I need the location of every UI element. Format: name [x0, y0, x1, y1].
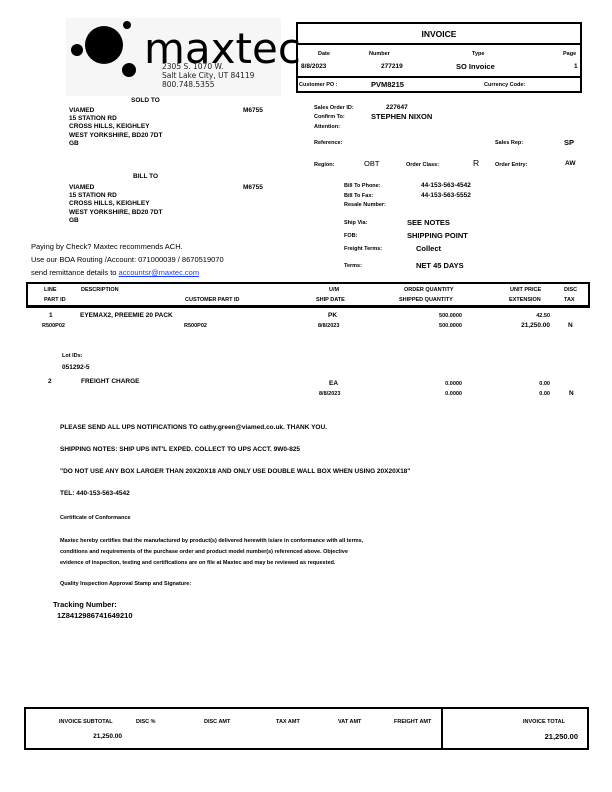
logo-dot-large	[85, 26, 123, 64]
logo-dot-left	[71, 44, 83, 56]
bill-to-phone-label: Bill To Phone:	[344, 183, 381, 189]
ship-via-label: Ship Via:	[344, 220, 367, 226]
payment-note-line3: send remittance details to accountsr@max…	[31, 268, 199, 277]
invoice-total-value: 21,250.00	[520, 732, 578, 741]
divider	[296, 76, 582, 78]
shipping-note: SHIPPING NOTES: SHIP UPS INT'L EXPED. CO…	[60, 446, 300, 453]
invoice-total-label: INVOICE TOTAL	[523, 719, 565, 725]
fob: SHIPPING POINT	[407, 231, 468, 240]
sold-to-customer-id: M6755	[243, 107, 263, 114]
terms-label: Terms:	[344, 263, 362, 269]
ups-note: PLEASE SEND ALL UPS NOTIFICATIONS TO cat…	[60, 424, 327, 431]
order-entry: AW	[565, 160, 575, 167]
totals-divider	[441, 707, 443, 750]
coc-body: Maxtec hereby certifies that the manufac…	[60, 536, 363, 569]
table-header-divider	[26, 305, 590, 308]
col-tax: TAX	[564, 297, 575, 303]
sold-to-address: VIAMED 15 STATION RD CROSS HILLS, KEIGHL…	[69, 107, 162, 148]
resale-number-label: Resale Number:	[344, 202, 386, 208]
sales-order-label: Sales Order ID:	[314, 105, 354, 111]
customer-po: PVM8215	[371, 80, 404, 89]
region-label: Region:	[314, 162, 334, 168]
confirm-to-label: Confirm To:	[314, 114, 345, 120]
col-disc: DISC	[564, 287, 577, 293]
terms: NET 45 DAYS	[416, 261, 464, 270]
currency-code-label: Currency Code:	[484, 82, 525, 88]
subtotal-label: INVOICE SUBTOTAL	[59, 719, 113, 725]
attention-label: Attention:	[314, 124, 340, 130]
invoice-title: INVOICE	[296, 29, 582, 39]
coc-title: Certificate of Conformance	[60, 515, 131, 521]
table-header-box	[26, 282, 590, 306]
tel-note: TEL: 440-153-563-4542	[60, 490, 130, 497]
bill-to-phone: 44-153-563-4542	[421, 182, 471, 189]
freight-terms-label: Freight Terms:	[344, 246, 382, 252]
order-class: R	[473, 158, 479, 168]
bill-to-address: VIAMED 15 STATION RD CROSS HILLS, KEIGHL…	[69, 184, 162, 225]
freight-terms: Collect	[416, 244, 441, 253]
sales-rep-label: Sales Rep:	[495, 140, 523, 146]
col-order-qty: ORDER QUANTITY	[404, 287, 454, 293]
col-extension: EXTENSION	[509, 297, 541, 303]
logo-dot-top	[123, 21, 131, 29]
col-part-id: PART ID	[44, 297, 66, 303]
bill-to-heading: BILL TO	[133, 173, 158, 180]
date-label: Date	[318, 51, 330, 57]
divider	[296, 43, 582, 45]
col-ship-date: SHIP DATE	[316, 297, 345, 303]
lot-label: Lot IDs:	[62, 353, 82, 359]
page-label: Page	[563, 51, 576, 57]
invoice-date: 8/8/2023	[301, 63, 326, 70]
tracking-number: 1Z8412986741649210	[57, 611, 133, 620]
ship-via: SEE NOTES	[407, 218, 450, 227]
disc-amt-label: DISC AMT	[204, 719, 230, 725]
region: OBT	[364, 159, 379, 168]
sales-rep: SP	[564, 138, 574, 147]
payment-note-line1: Paying by Check? Maxtec recommends ACH.	[31, 242, 183, 251]
invoice-type: SO Invoice	[456, 62, 495, 71]
quality-signature-label: Quality Inspection Approval Stamp and Si…	[60, 581, 191, 587]
box-note: "DO NOT USE ANY BOX LARGER THAN 20X20X18…	[60, 468, 410, 475]
vat-amt-label: VAT AMT	[338, 719, 361, 725]
order-class-label: Order Class:	[406, 162, 439, 168]
sales-order-id: 227647	[386, 104, 408, 111]
totals-box	[24, 707, 589, 750]
number-label: Number	[369, 51, 390, 57]
col-line: LINE	[44, 287, 57, 293]
sold-to-heading: SOLD TO	[131, 97, 160, 104]
logo-dot-bottom	[122, 63, 136, 77]
type-label: Type	[472, 51, 484, 57]
tax-amt-label: TAX AMT	[276, 719, 300, 725]
disc-pct-label: DISC %	[136, 719, 156, 725]
tracking-label: Tracking Number:	[53, 600, 117, 609]
col-shipped-qty: SHIPPED QUANTITY	[399, 297, 453, 303]
invoice-number: 277219	[381, 63, 403, 70]
subtotal-value: 21,250.00	[70, 733, 122, 740]
confirm-to: STEPHEN NIXON	[371, 112, 432, 121]
freight-amt-label: FREIGHT AMT	[394, 719, 431, 725]
bill-to-fax: 44-153-563-5552	[421, 192, 471, 199]
col-um: U/M	[329, 287, 339, 293]
lot-id: 051292-5	[62, 364, 89, 371]
fob-label: FOB:	[344, 233, 357, 239]
order-entry-label: Order Entry:	[495, 162, 527, 168]
col-customer-part-id: CUSTOMER PART ID	[185, 297, 240, 303]
bill-to-fax-label: Bill To Fax:	[344, 193, 373, 199]
payment-note-line2: Use our BOA Routing /Account: 071000039 …	[31, 255, 224, 264]
company-address: 2305 S. 1070 W. Salt Lake City, UT 84119…	[162, 62, 254, 89]
invoice-page: 1	[574, 63, 578, 70]
customer-po-label: Customer PO :	[299, 82, 338, 88]
col-description: DESCRIPTION	[81, 287, 119, 293]
bill-to-customer-id: M6755	[243, 184, 263, 191]
reference-label: Reference:	[314, 140, 342, 146]
col-unit-price: UNIT PRICE	[510, 287, 541, 293]
remittance-email-link[interactable]: accountsr@maxtec.com	[119, 268, 200, 277]
